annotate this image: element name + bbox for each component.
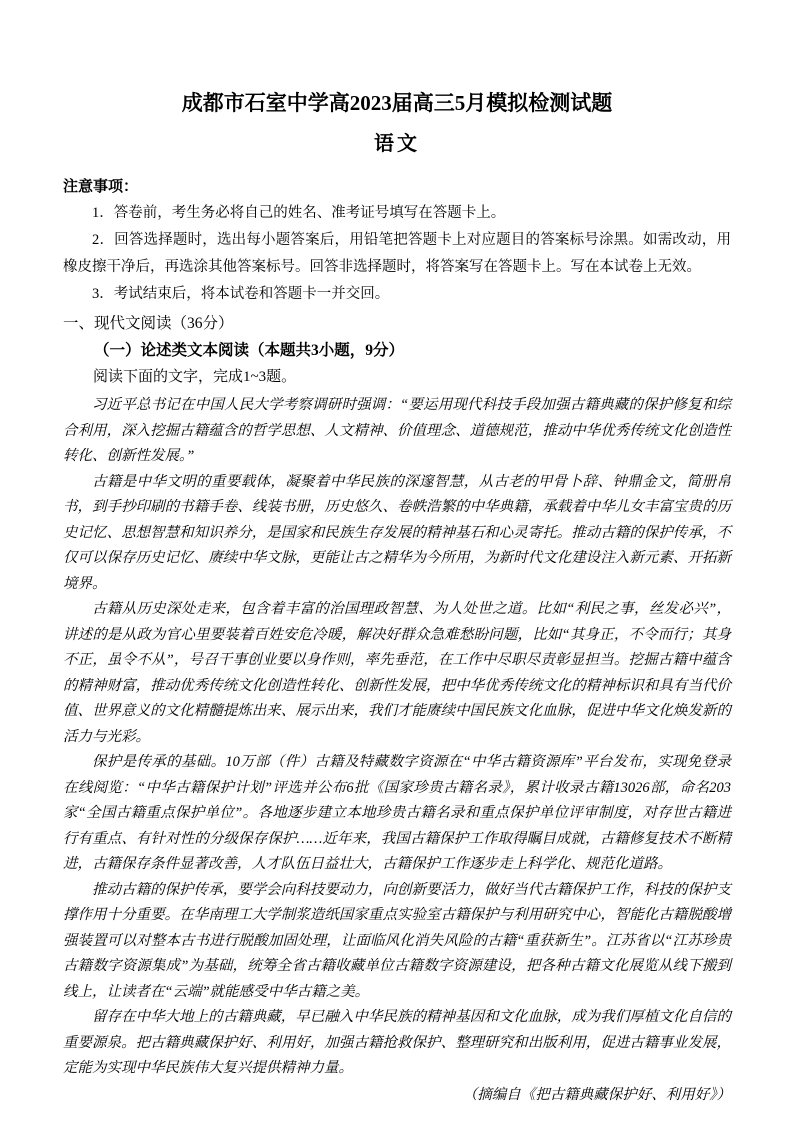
section-headings: 一、现代文阅读（36分） （一）论述类文本阅读（本题共3小题，9分） 阅读下面的… xyxy=(63,310,731,391)
passage-attribution: （摘编自《把古籍典藏保护好、利用好》） xyxy=(63,1083,731,1109)
reading-instruction: 阅读下面的文字，完成1~3题。 xyxy=(63,364,731,391)
page-title: 成都市石室中学高2023届高三5月模拟检测试题 xyxy=(63,90,731,117)
notice-item-1: 1．答卷前，考生务必将自己的姓名、准考证号填写在答题卡上。 xyxy=(63,200,731,227)
passage-paragraph-3: 古籍从历史深处走来，包含着丰富的治国理政智慧、为人处世之道。比如“利民之事，丝发… xyxy=(63,597,731,750)
part-heading-modern-reading: 一、现代文阅读（36分） xyxy=(63,310,731,337)
notice-item-3: 3．考试结束后，将本试卷和答题卡一并交回。 xyxy=(63,281,731,308)
exam-paper-page: 成都市石室中学高2023届高三5月模拟检测试题 语文 注意事项： 1．答卷前，考… xyxy=(0,0,794,1123)
passage-paragraph-1: 习近平总书记在中国人民大学考察调研时强调：“要运用现代科技手段加强古籍典藏的保护… xyxy=(63,393,731,470)
subject-title: 语文 xyxy=(63,131,731,157)
notice-item-2: 2．回答选择题时，选出每小题答案后，用铅笔把答题卡上对应题目的答案标号涂黑。如需… xyxy=(63,227,731,281)
passage-paragraph-2: 古籍是中华文明的重要载体，凝聚着中华民族的深邃智慧，从古老的甲骨卜辞、钟鼎金文，… xyxy=(63,470,731,598)
notice-heading: 注意事项： xyxy=(63,175,731,200)
passage-paragraph-4: 保护是传承的基础。10万部（件）古籍及特藏数字资源在“中华古籍资源库”平台发布，… xyxy=(63,750,731,878)
passage-paragraph-5: 推动古籍的保护传承，要学会向科技要动力，向创新要活力，做好当代古籍保护工作，科技… xyxy=(63,878,731,1006)
subsection-heading-argumentative-text: （一）论述类文本阅读（本题共3小题，9分） xyxy=(63,337,731,364)
reading-passage: 习近平总书记在中国人民大学考察调研时强调：“要运用现代科技手段加强古籍典藏的保护… xyxy=(63,393,731,1108)
notice-section: 注意事项： 1．答卷前，考生务必将自己的姓名、准考证号填写在答题卡上。 2．回答… xyxy=(63,175,731,308)
passage-paragraph-6: 留存在中华大地上的古籍典藏，早已融入中华民族的精神基因和文化血脉，成为我们厚植文… xyxy=(63,1005,731,1082)
